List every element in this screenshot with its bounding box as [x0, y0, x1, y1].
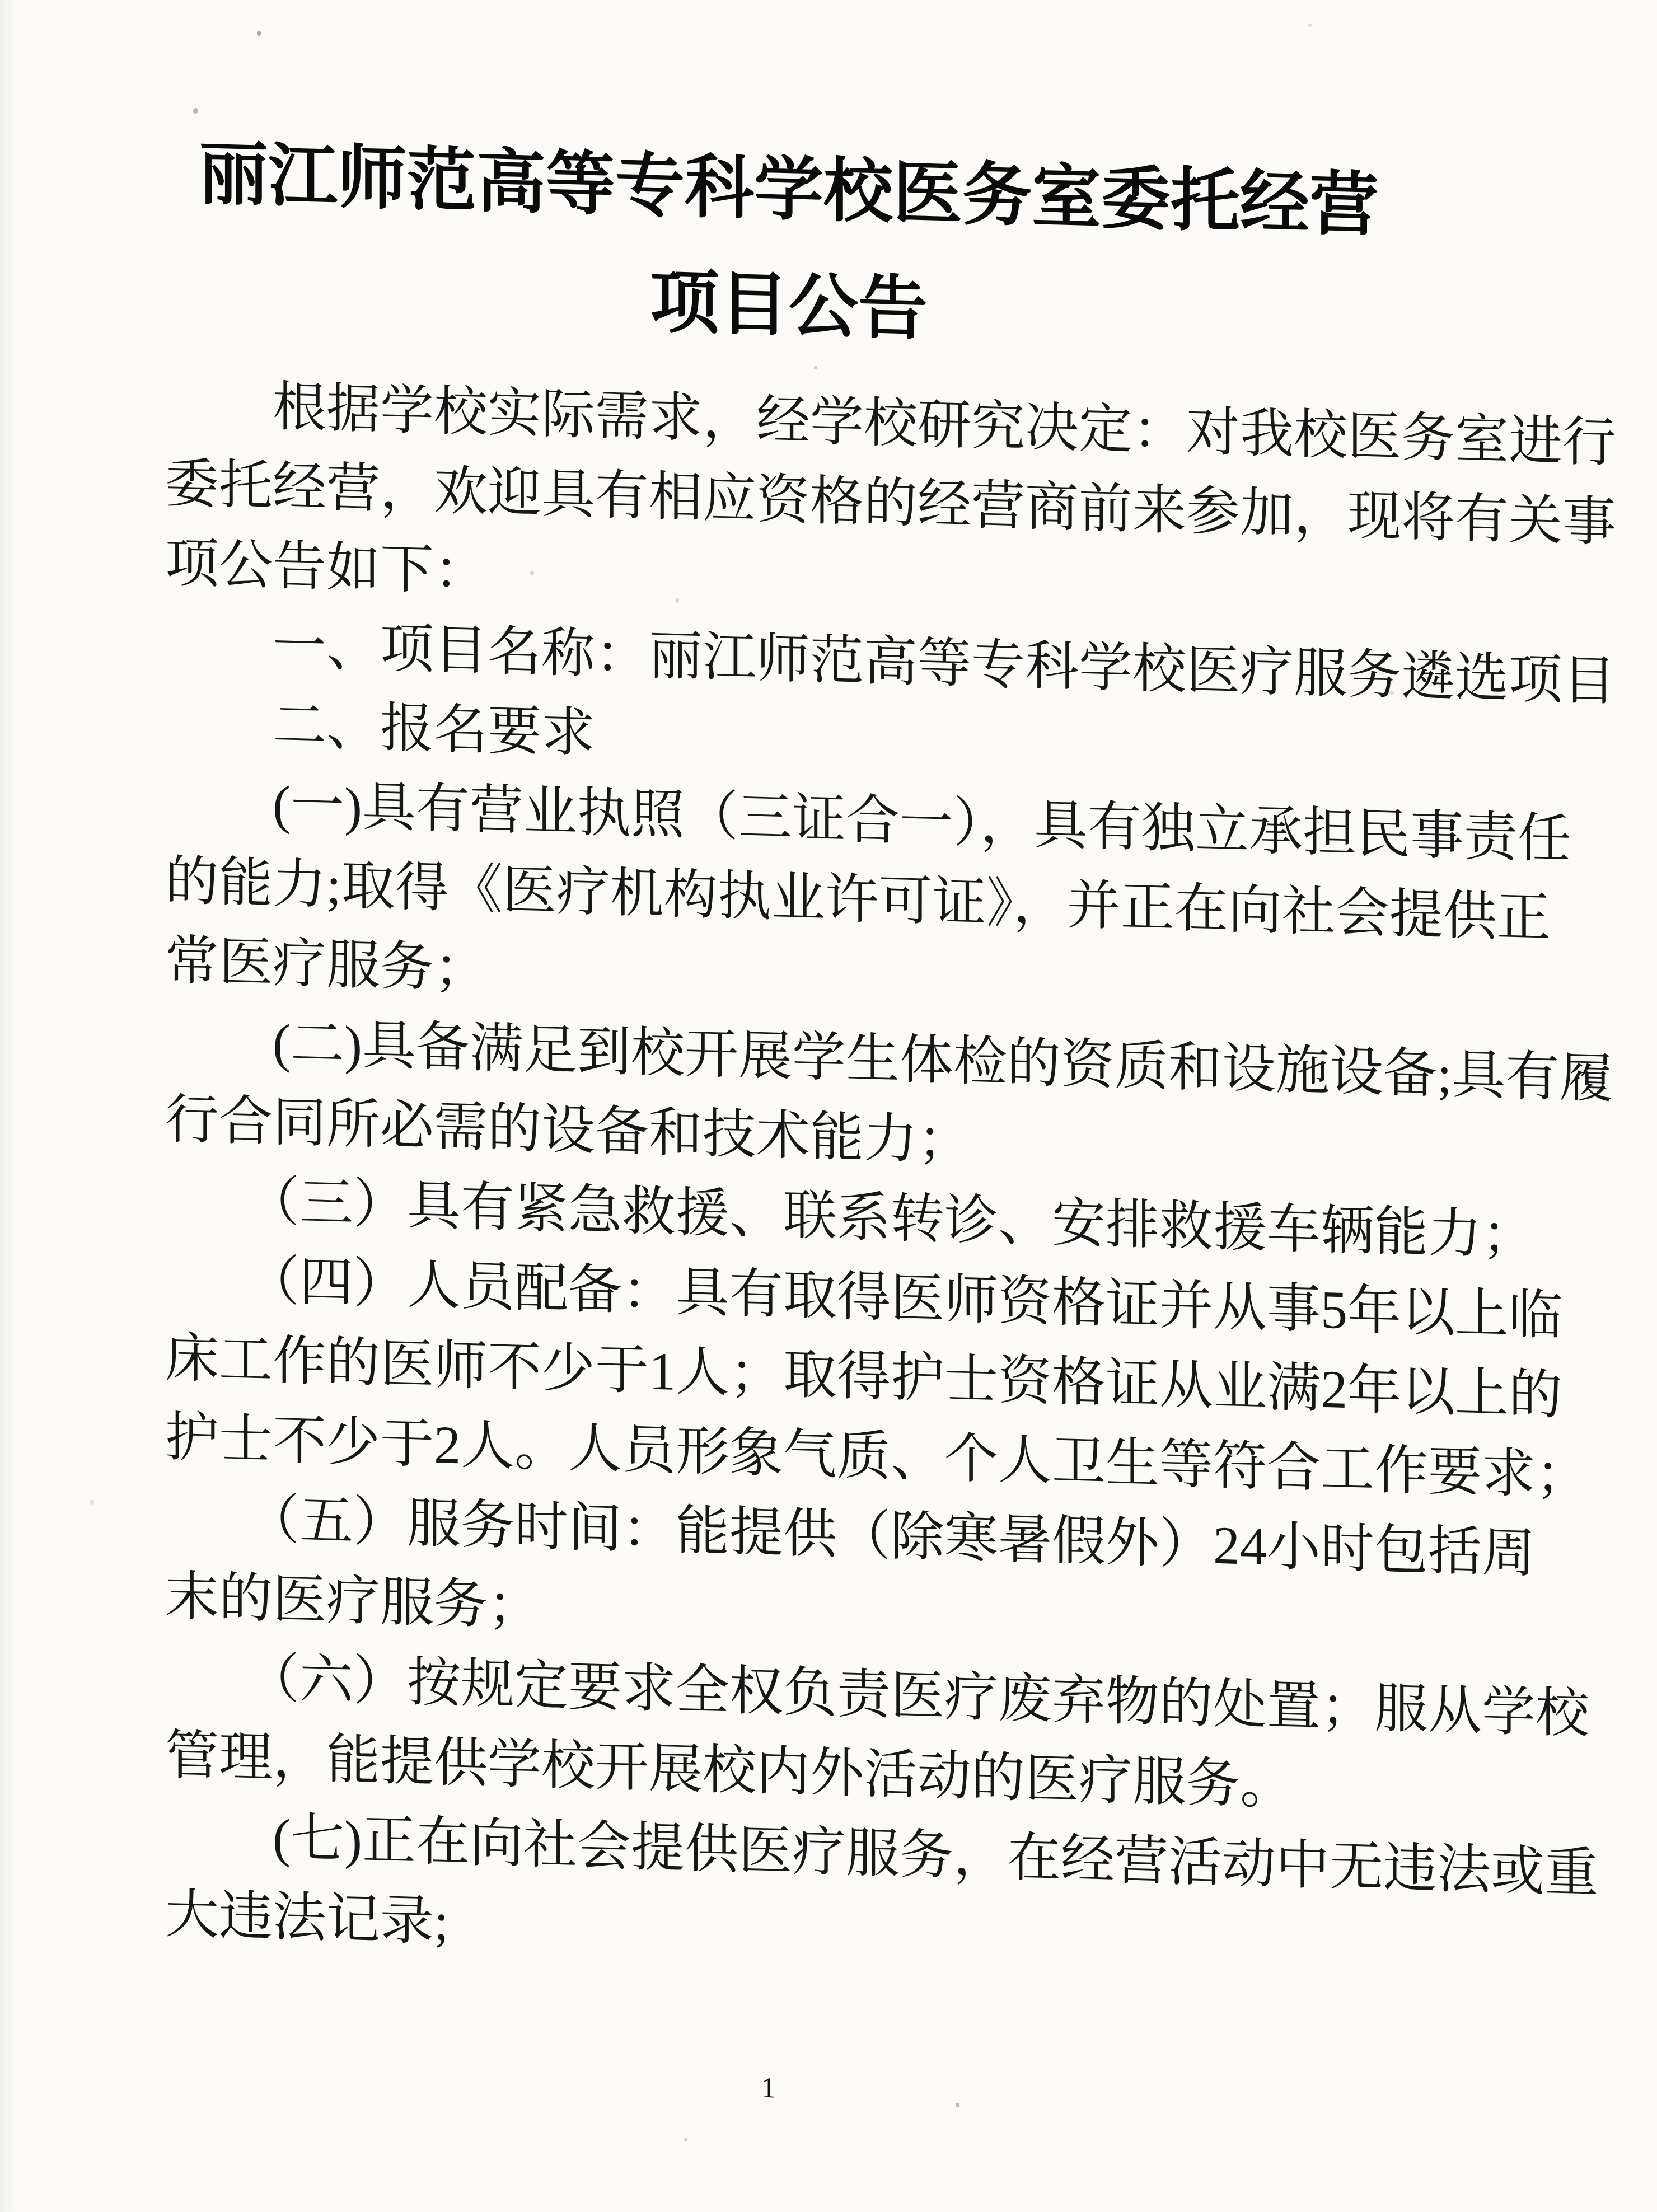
document-title-line-1: 丽江师范高等专科学校医务室委托经营 — [165, 132, 1436, 250]
document-title-line-2: 项目公告 — [165, 247, 1436, 365]
scan-speck — [684, 2138, 687, 2141]
document-content: 丽江师范高等专科学校医务室委托经营 项目公告 根据学校实际需求，经学校研究决定：… — [165, 0, 1436, 2129]
document-body: 根据学校实际需求，经学校研究决定：对我校医务室进行 委托经营，欢迎具有相应资格的… — [165, 364, 1436, 1988]
page-number: 1 — [165, 2050, 1436, 2129]
scanned-document-page: 丽江师范高等专科学校医务室委托经营 项目公告 根据学校实际需求，经学校研究决定：… — [0, 0, 1657, 2212]
scan-speck — [90, 1500, 94, 1505]
scan-speck — [1308, 24, 1312, 27]
